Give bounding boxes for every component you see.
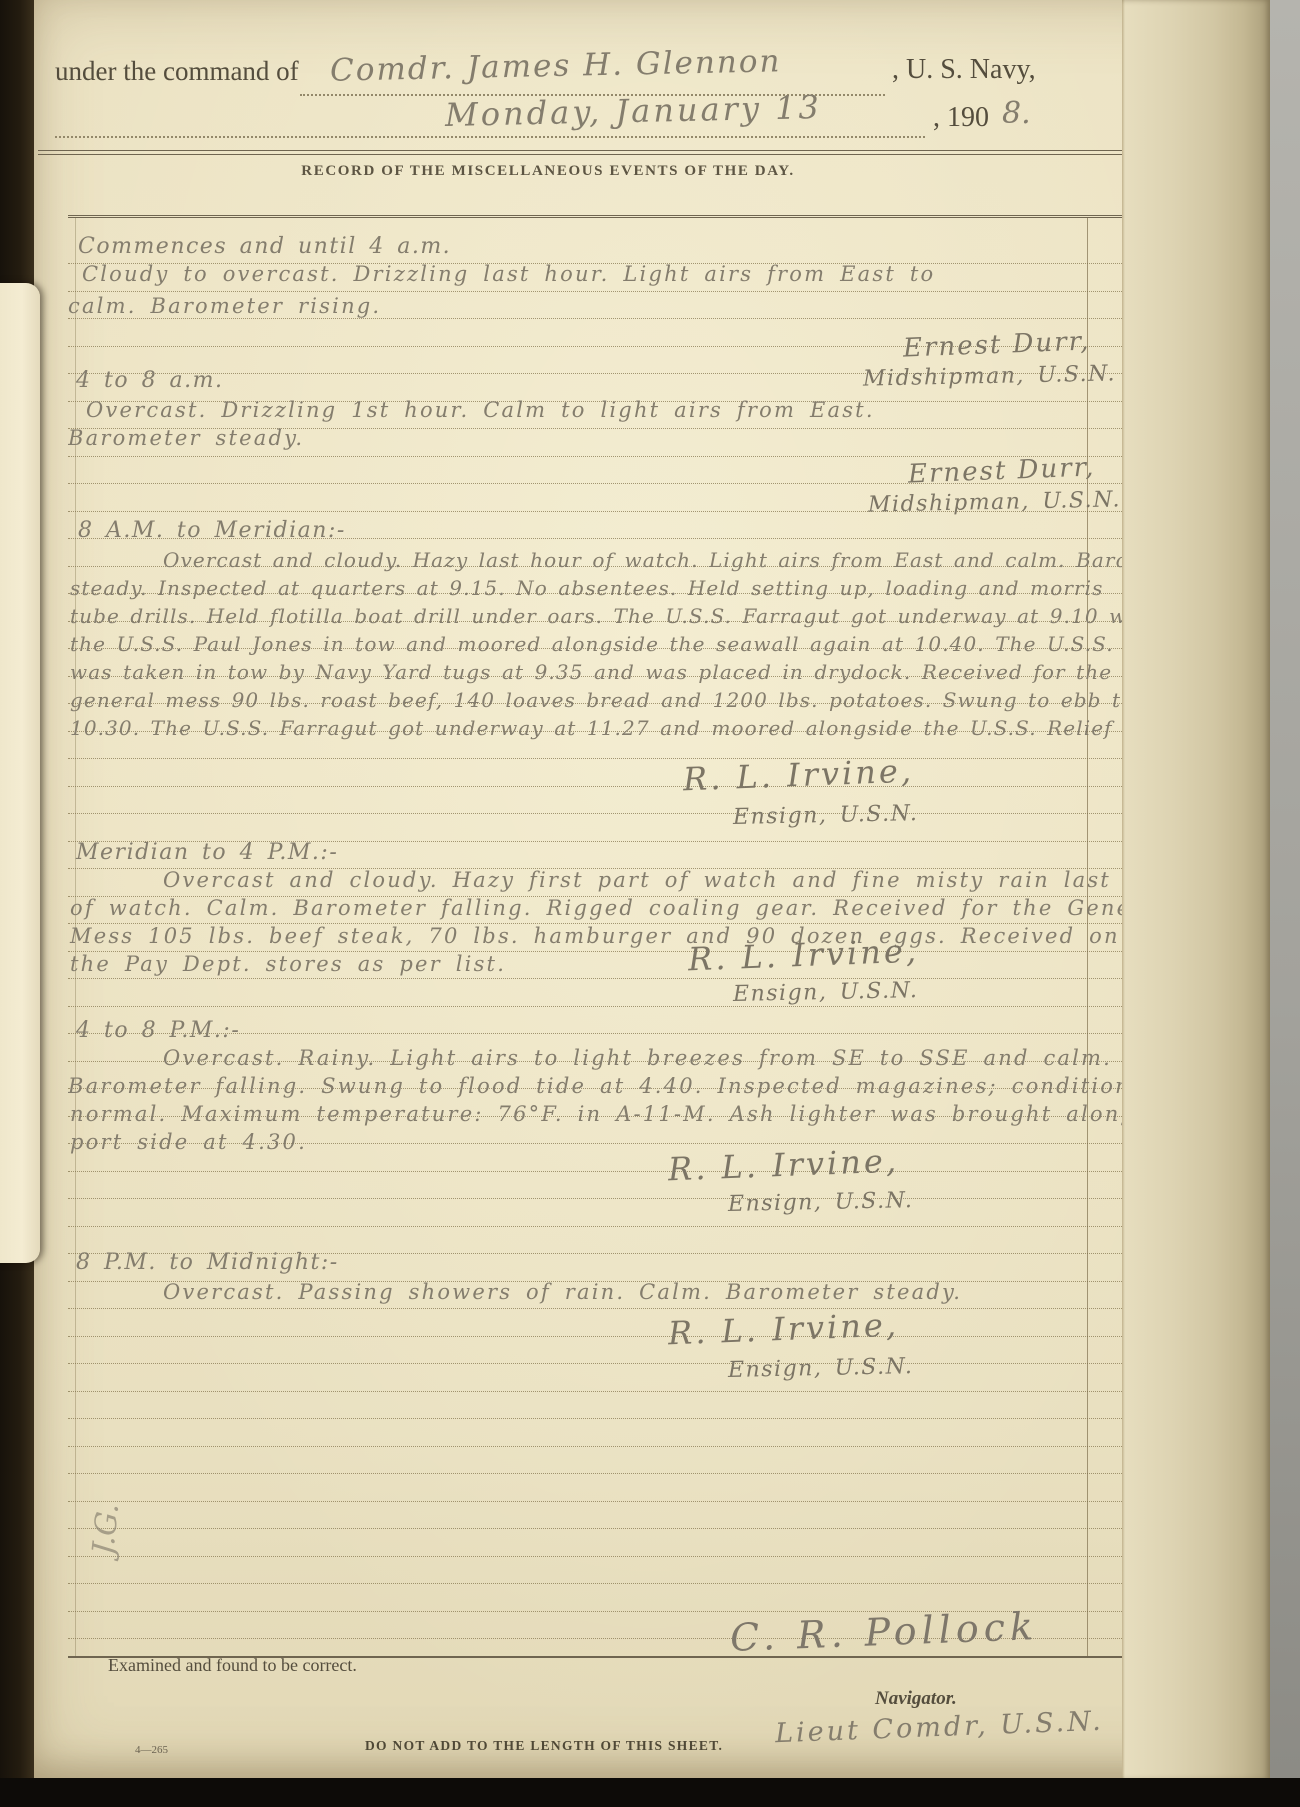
year-prefix-label: , 190 <box>933 102 989 134</box>
log-line: Overcast and cloudy. Hazy first part of … <box>163 868 1152 892</box>
navigator-rank-handwritten: Lieut Comdr, U.S.N. <box>775 1706 1105 1750</box>
command-prefix-label: under the command of <box>55 56 299 87</box>
photo-background-bottom <box>0 1778 1300 1807</box>
page-edge-stack <box>1122 0 1270 1780</box>
log-line: the Pay Dept. stores as per list. <box>70 952 506 976</box>
rule-line <box>68 290 1152 292</box>
log-line: Overcast. Drizzling 1st hour. Calm to li… <box>86 398 875 422</box>
rule-line <box>68 757 1152 759</box>
length-warning: DO NOT ADD TO THE LENGTH OF THIS SHEET. <box>365 1738 723 1754</box>
signature-name: R. L. Irvine, <box>682 752 914 799</box>
rule-line <box>68 1445 1152 1447</box>
log-line: 10.30. The U.S.S. Farragut got underway … <box>70 716 1152 740</box>
log-line: general mess 90 lbs. roast beef, 140 loa… <box>70 688 1152 712</box>
log-line: Overcast and cloudy. Hazy last hour of w… <box>163 548 1152 572</box>
rule-line <box>68 1170 1152 1172</box>
log-line: Overcast. Passing showers of rain. Calm.… <box>163 1280 962 1304</box>
ruled-writing-area: Commences and until 4 a.m. Cloudy to ove… <box>68 215 1152 1658</box>
signature-name: R. L. Irvine, <box>687 932 919 979</box>
log-line: Mess 105 lbs. beef steak, 70 lbs. hambur… <box>70 924 1152 948</box>
watch-heading: 8 P.M. to Midnight:- <box>76 1250 339 1275</box>
log-line: of watch. Calm. Barometer falling. Rigge… <box>70 896 1152 920</box>
rule-line <box>68 1500 1152 1502</box>
year-digit-handwritten: 8. <box>1002 96 1031 131</box>
rule-line <box>68 785 1152 787</box>
log-line: Overcast. Rainy. Light airs to light bre… <box>163 1046 1112 1070</box>
signature-rank: Ensign, U.S.N. <box>728 1354 914 1383</box>
rule-line <box>68 1362 1152 1364</box>
watch-heading: Meridian to 4 P.M.:- <box>76 840 338 865</box>
navy-suffix-label: , U. S. Navy, <box>892 54 1036 86</box>
previous-sheet-edge <box>0 283 40 1263</box>
form-number: 4—265 <box>135 1744 168 1756</box>
pencil-initials-mark: J.G. <box>86 1502 126 1557</box>
log-line: calm. Barometer rising. <box>68 294 381 318</box>
rule-line <box>68 1472 1152 1474</box>
logbook-page: under the command of Comdr. James H. Gle… <box>30 0 1270 1780</box>
signature-rank: Ensign, U.S.N. <box>728 1188 914 1217</box>
rule-line <box>68 1555 1152 1557</box>
watch-heading: 4 to 8 P.M.:- <box>76 1018 240 1043</box>
rule-line <box>68 1307 1152 1309</box>
examined-label: Examined and found to be correct. <box>108 1655 357 1676</box>
log-line: port side at 4.30. <box>70 1130 307 1154</box>
rule-line <box>68 1582 1152 1584</box>
log-line: steady. Inspected at quarters at 9.15. N… <box>70 576 1104 600</box>
signature-name: R. L. Irvine, <box>667 1306 899 1353</box>
signature-name: Ernest Durr, <box>907 452 1095 489</box>
watch-heading: 8 A.M. to Meridian:- <box>78 518 346 543</box>
log-line: Barometer falling. Swung to flood tide a… <box>68 1074 1144 1098</box>
date-handwritten: Monday, January 13 <box>445 88 823 134</box>
log-line: Barometer steady. <box>68 426 304 450</box>
signature-rank: Ensign, U.S.N. <box>733 978 919 1007</box>
rule-line <box>68 977 1152 979</box>
rule-line <box>68 1225 1152 1227</box>
record-title: RECORD OF THE MISCELLANEOUS EVENTS OF TH… <box>38 163 1058 180</box>
watch-heading: Commences and until 4 a.m. <box>78 234 451 259</box>
rule-line <box>68 1197 1152 1199</box>
rule-line <box>68 1527 1152 1529</box>
rule-line <box>68 1005 1152 1007</box>
rule-line <box>68 1335 1152 1337</box>
log-line: normal. Maximum temperature: 76°F. in A-… <box>70 1102 1136 1126</box>
signature-rank: Ensign, U.S.N. <box>733 801 919 830</box>
signature-rank: Midshipman, U.S.N. <box>863 361 1116 391</box>
navigator-label: Navigator. <box>875 1688 957 1710</box>
signature-rank: Midshipman, U.S.N. <box>868 487 1121 517</box>
rule-line <box>68 812 1152 814</box>
log-line: the U.S.S. Paul Jones in tow and moored … <box>70 632 1152 656</box>
signature-name: R. L. Irvine, <box>667 1142 899 1189</box>
signature-name: Ernest Durr, <box>902 326 1090 363</box>
header-divider <box>38 150 1152 155</box>
watch-heading: 4 to 8 a.m. <box>76 368 224 393</box>
logbook-photo: under the command of Comdr. James H. Gle… <box>0 0 1300 1807</box>
log-line: Cloudy to overcast. Drizzling last hour.… <box>82 262 935 286</box>
rule-line <box>68 1390 1152 1392</box>
log-line: was taken in tow by Navy Yard tugs at 9.… <box>70 660 1112 684</box>
log-line: tube drills. Held flotilla boat drill un… <box>70 604 1152 628</box>
rule-line <box>68 1417 1152 1419</box>
